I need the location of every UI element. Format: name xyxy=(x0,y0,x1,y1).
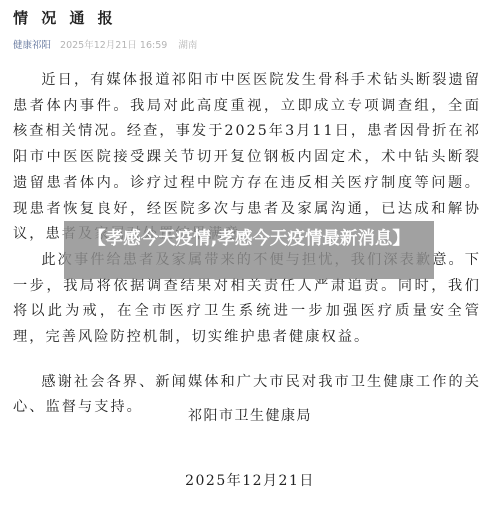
headline-overlay-banner: 【孝感今天疫情,孝感今天疫情最新消息】 xyxy=(64,221,434,279)
publish-location: 湖南 xyxy=(178,40,197,51)
signature-organization: 祁阳市卫生健康局 xyxy=(0,405,500,425)
publish-time: 2025年12月21日 16:59 xyxy=(60,40,167,51)
source-account-link[interactable]: 健康祁阳 xyxy=(13,40,51,51)
signature-date: 2025年12月21日 xyxy=(0,470,500,490)
article-title: 情 况 通 报 xyxy=(13,7,117,28)
article-meta: 健康祁阳 2025年12月21日 16:59 湖南 xyxy=(13,37,197,51)
